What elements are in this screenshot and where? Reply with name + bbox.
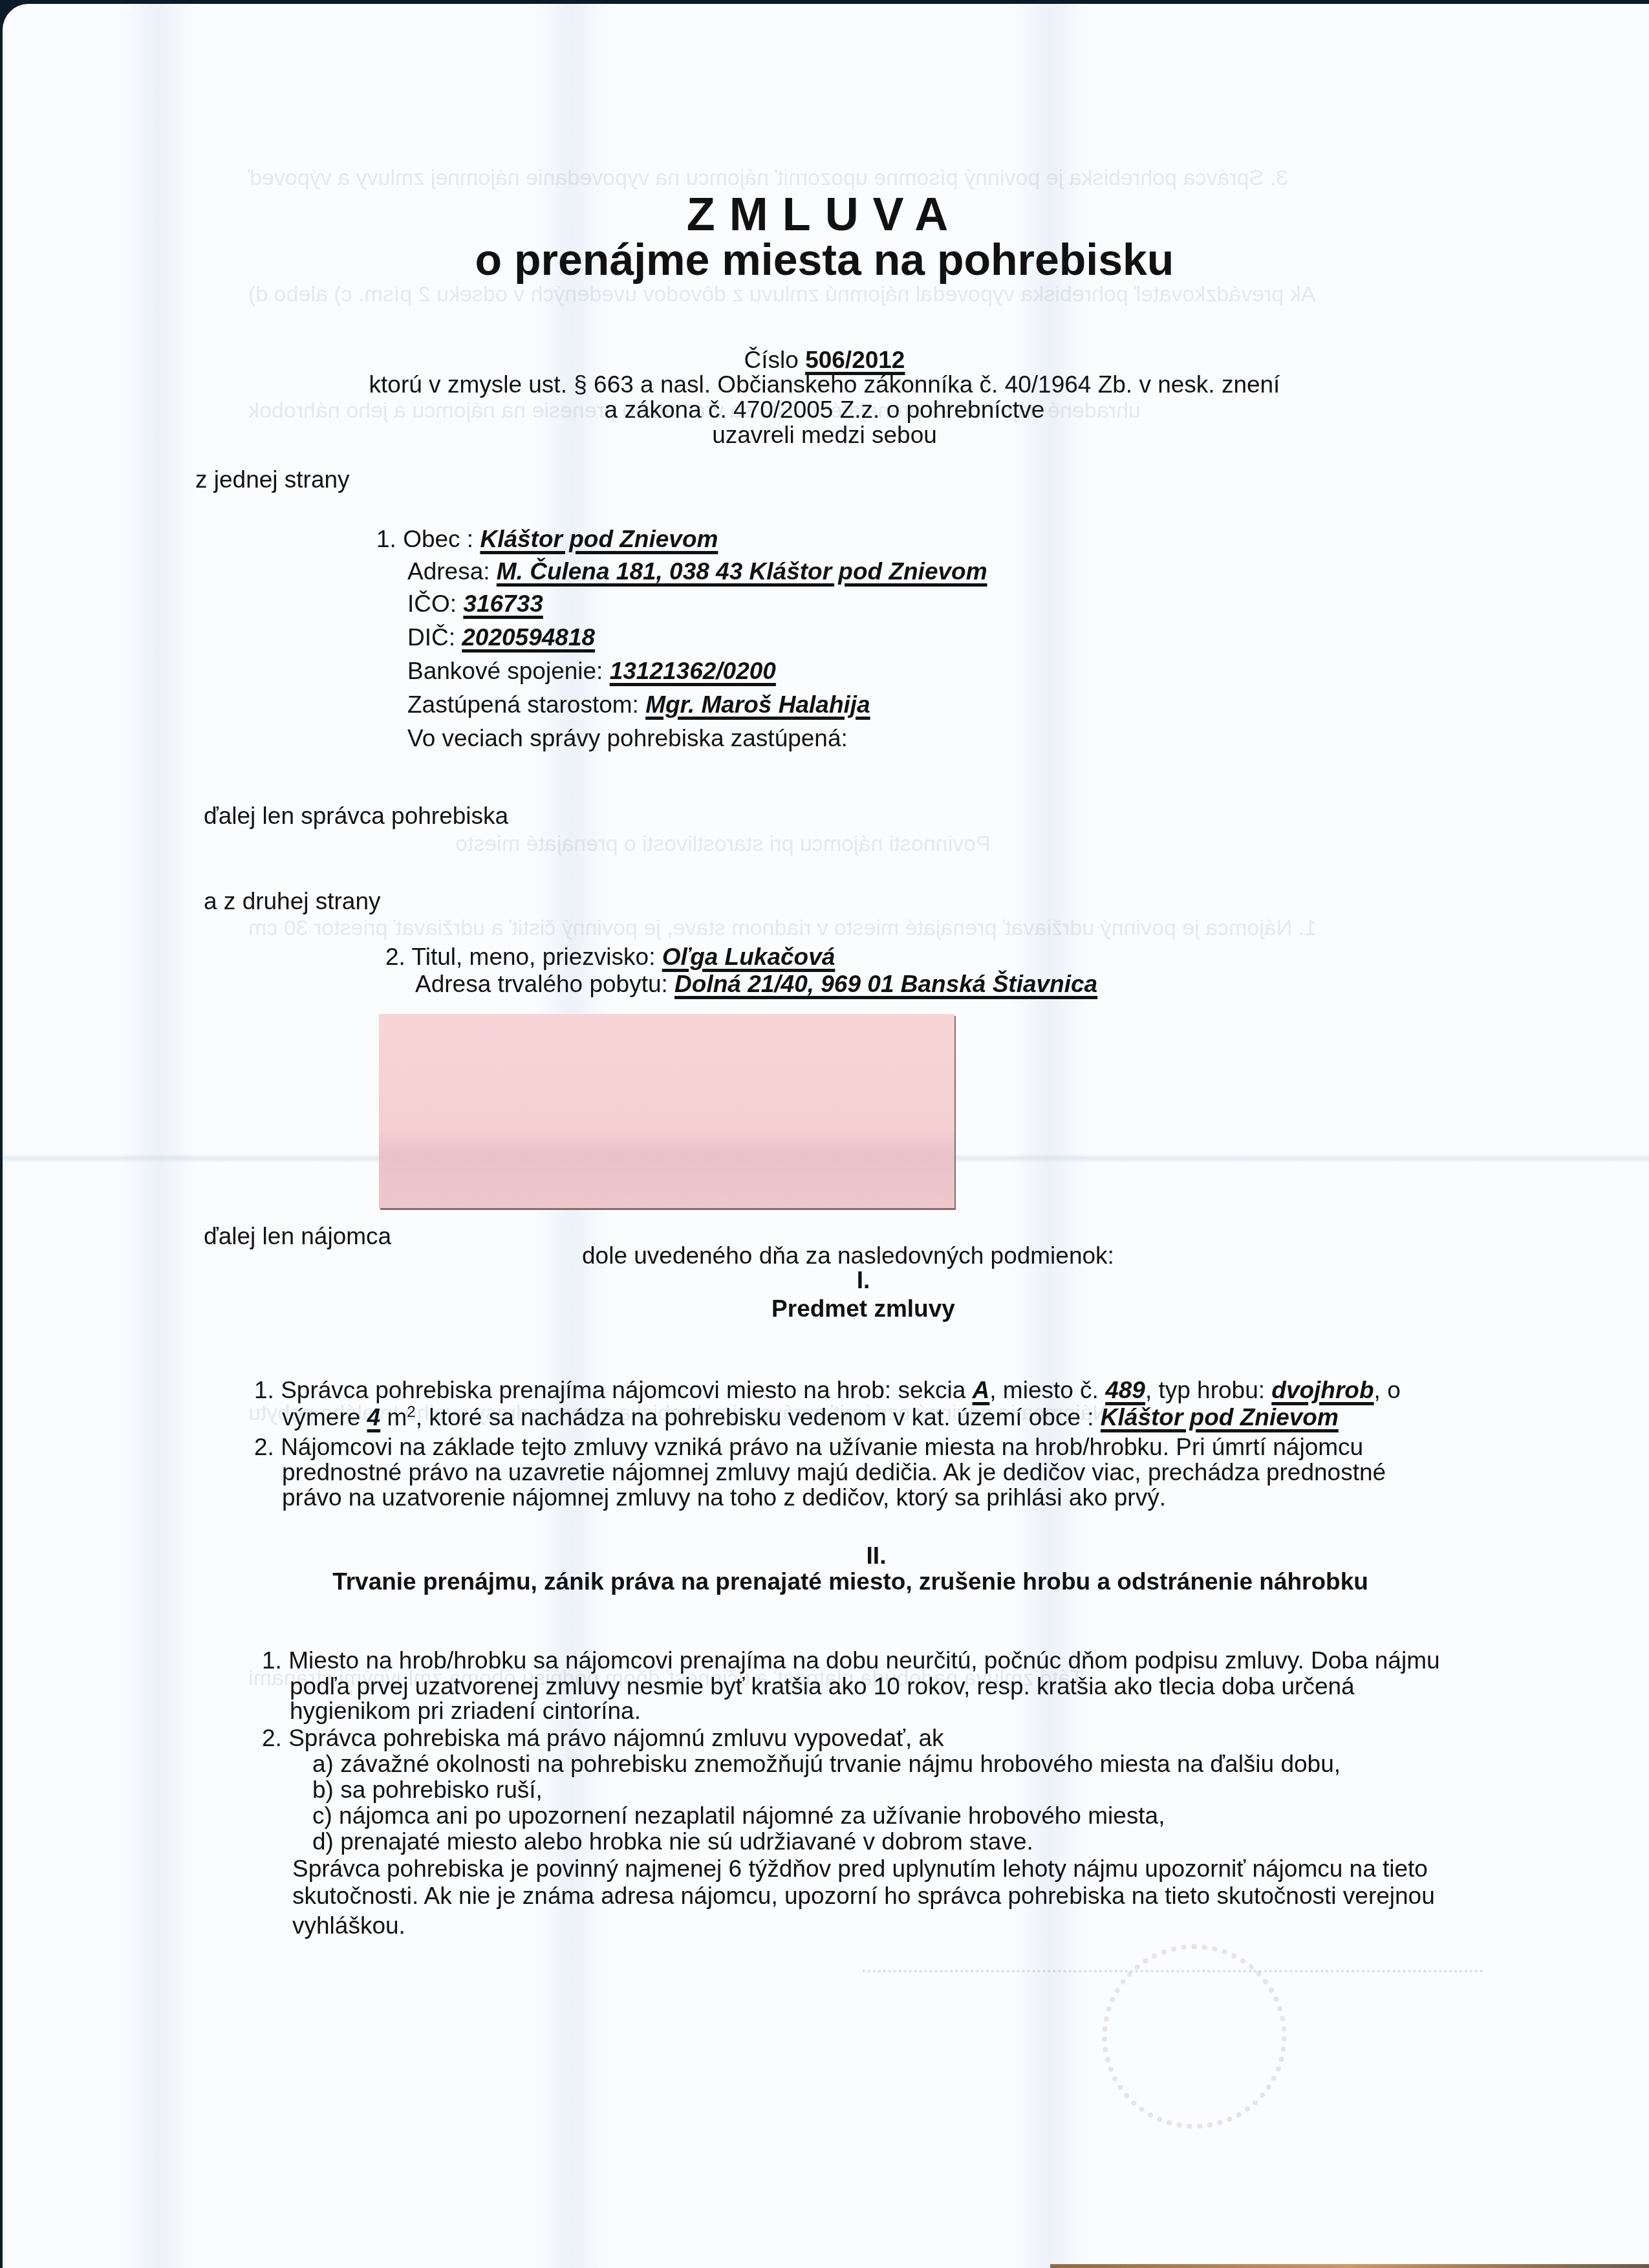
section2-item1-line: hygienikom pri zriadení cintorína. xyxy=(290,1697,641,1725)
obec-value: Kláštor pod Znievom xyxy=(1101,1404,1339,1431)
legal-basis-line: a zákona č. 470/2005 Z.z. o pohrebníctve xyxy=(0,396,1649,424)
address-field: Adresa trvalého pobytu: Dolná 21/40, 969… xyxy=(415,970,1097,999)
contract-number-value: 506/2012 xyxy=(805,347,905,373)
representative-value: Mgr. Maroš Halahija xyxy=(645,691,870,718)
legal-basis-line: ktorú v zmysle ust. § 663 a nasl. Občian… xyxy=(0,371,1649,399)
scan-edge xyxy=(1050,2264,1649,2268)
section2-item1-line: 1. Miesto na hrob/hrobku sa nájomcovi pr… xyxy=(262,1647,1440,1675)
section1-title: Predmet zmluvy xyxy=(39,1295,1649,1323)
section2-closing-line: skutočnosti. Ak nie je známa adresa nájo… xyxy=(292,1882,1435,1910)
party2-intro: a z druhej strany xyxy=(204,887,381,916)
section2-subitem: b) sa pohrebisko ruší, xyxy=(312,1776,543,1804)
section1-item2-line: prednostné právo na uzavretie nájomnej z… xyxy=(282,1458,1386,1487)
name-value: Oľga Lukačová xyxy=(662,944,835,970)
obec-value: Kláštor pod Znievom xyxy=(480,526,718,552)
contract-number-label: Číslo xyxy=(744,347,806,373)
dic-value: 2020594818 xyxy=(462,624,595,651)
section2-subitem: a) závažné okolnosti na pohrebisku znemo… xyxy=(312,1750,1341,1778)
typ-hrobu-value: dvojhrob xyxy=(1271,1377,1374,1403)
document-title: ZMLUVA xyxy=(0,189,1649,241)
bank-value: 13121362/0200 xyxy=(610,658,776,684)
ico-value: 316733 xyxy=(463,590,543,617)
paper-fold xyxy=(119,4,197,2268)
sekcia-value: A xyxy=(973,1377,990,1403)
bank-field: Bankové spojenie: 13121362/0200 xyxy=(407,657,776,686)
ico-field: IČO: 316733 xyxy=(407,590,543,618)
address-value: Dolná 21/40, 969 01 Banská Štiavnica xyxy=(674,971,1097,997)
paper-fold xyxy=(1011,4,1089,2268)
adresa-value: M. Čulena 181, 038 43 Kláštor pod Znievo… xyxy=(497,558,987,585)
vymera-value: 4 xyxy=(367,1404,381,1431)
section2-closing-line: vyhláškou. xyxy=(292,1912,405,1940)
section1-number: I. xyxy=(39,1266,1649,1295)
party2-role: ďalej len nájomca xyxy=(204,1222,391,1251)
name-field: 2. Titul, meno, priezvisko: Oľga Lukačov… xyxy=(385,943,835,971)
redaction-sticky-note xyxy=(379,1014,954,1208)
section1-item1: 1. Správca pohrebiska prenajíma nájomcov… xyxy=(254,1376,1401,1405)
section2-subitem: c) nájomca ani po upozornení nezaplatil … xyxy=(312,1802,1165,1830)
representative-field: Zastúpená starostom: Mgr. Maroš Halahija xyxy=(407,691,870,719)
section1-item2-line: 2. Nájomcovi na základe tejto zmluvy vzn… xyxy=(254,1433,1363,1462)
party1-role: ďalej len správca pohrebiska xyxy=(204,802,508,830)
admin-representative-label: Vo veciach správy pohrebiska zastúpená: xyxy=(407,724,848,753)
stamp-mark xyxy=(1102,1944,1287,2129)
document-subtitle: o prenájme miesta na pohrebisku xyxy=(0,234,1649,286)
section2-item2: 2. Správca pohrebiska má právo nájomnú z… xyxy=(262,1724,944,1753)
section2-closing-line: Správca pohrebiska je povinný najmenej 6… xyxy=(292,1855,1428,1883)
section1-item1-line2: výmere 4 m2, ktoré sa nachádza na pohreb… xyxy=(282,1403,1339,1432)
section1-item2-line: právo na uzatvorenie nájomnej zmluvy na … xyxy=(282,1484,1166,1512)
dic-field: DIČ: 2020594818 xyxy=(407,623,595,652)
section2-title: Trvanie prenájmu, zánik práva na prenaja… xyxy=(26,1568,1649,1596)
obec-field: 1. Obec : Kláštor pod Znievom xyxy=(376,525,718,554)
party1-intro: z jednej strany xyxy=(195,466,350,494)
section2-number: II. xyxy=(52,1542,1649,1570)
bleed-through-text: 1. Nájomca je povinný udržiavať prenajat… xyxy=(248,909,1317,947)
section2-subitem: d) prenajaté miesto alebo hrobka nie sú … xyxy=(312,1828,1033,1856)
adresa-field: Adresa: M. Čulena 181, 038 43 Kláštor po… xyxy=(407,557,987,586)
legal-basis-line: uzavreli medzi sebou xyxy=(0,421,1649,449)
miesto-value: 489 xyxy=(1105,1377,1145,1403)
